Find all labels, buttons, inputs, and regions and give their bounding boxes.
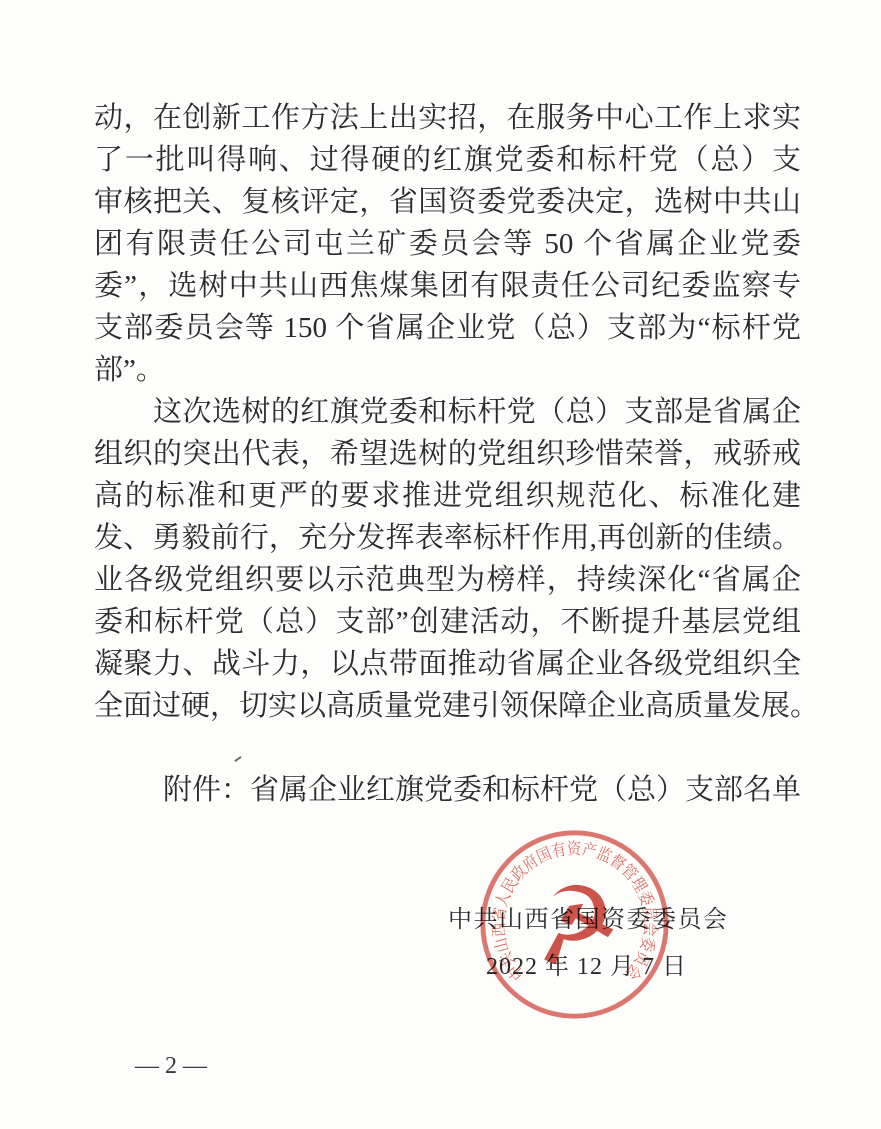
body-line: 委和标杆党（总）支部”创建活动，不断提升基层党组织组织力、 (94, 601, 801, 643)
body-line: 凝聚力、战斗力，以点带面推动省属企业各级党组织全面进步、 (94, 643, 801, 685)
body-line: 审核把关、复核评定，省国资委党委决定，选树中共山西焦煤集 (94, 181, 801, 223)
body-line: 部”。 (94, 349, 801, 391)
body-line: 支部委员会等 150 个省属企业党（总）支部为“标杆党（总）支 (94, 307, 801, 349)
body-line: 高的标准和更严的要求推进党组织规范化、标准化建设，踔厉奋 (94, 475, 801, 517)
body-line: 了一批叫得响、过得硬的红旗党委和标杆党（总）支部。经严格 (94, 139, 801, 181)
issue-date: 2022 年 12 月 7 日 (486, 946, 687, 981)
body-line: 组织的突出代表，希望选树的党组织珍惜荣誉，戒骄戒躁，以更 (94, 433, 801, 475)
body-line: 业各级党组织要以示范典型为榜样，持续深化“省属企业红旗党 (94, 559, 801, 601)
body-line: 发、勇毅前行，充分发挥表率标杆作用,再创新的佳绩。省属企 (94, 517, 801, 559)
document-page: 动，在创新工作方法上出实招，在服务中心工作上求实效，打造 了一批叫得响、过得硬的… (0, 0, 881, 1129)
body-line: 委”，选树中共山西焦煤集团有限责任公司纪委监察专员办公室 (94, 265, 801, 307)
body-line: 团有限责任公司屯兰矿委员会等 50 个省属企业党委为“红旗党 (94, 223, 801, 265)
page-number: — 2 — (135, 1053, 207, 1080)
body-line: 动，在创新工作方法上出实招，在服务中心工作上求实效，打造 (94, 97, 801, 139)
body-text: 动，在创新工作方法上出实招，在服务中心工作上求实效，打造 了一批叫得响、过得硬的… (94, 97, 801, 727)
attachment-line: 附件：省属企业红旗党委和标杆党（总）支部名单 (163, 767, 801, 808)
issuer-signature: 中共山西省国资委委员会 (448, 899, 729, 934)
body-line: 这次选树的红旗党委和标杆党（总）支部是省属企业各级党 (94, 391, 801, 433)
body-line: 全面过硬，切实以高质量党建引领保障企业高质量发展。 (94, 685, 801, 727)
scan-artifact-mark (234, 756, 242, 762)
